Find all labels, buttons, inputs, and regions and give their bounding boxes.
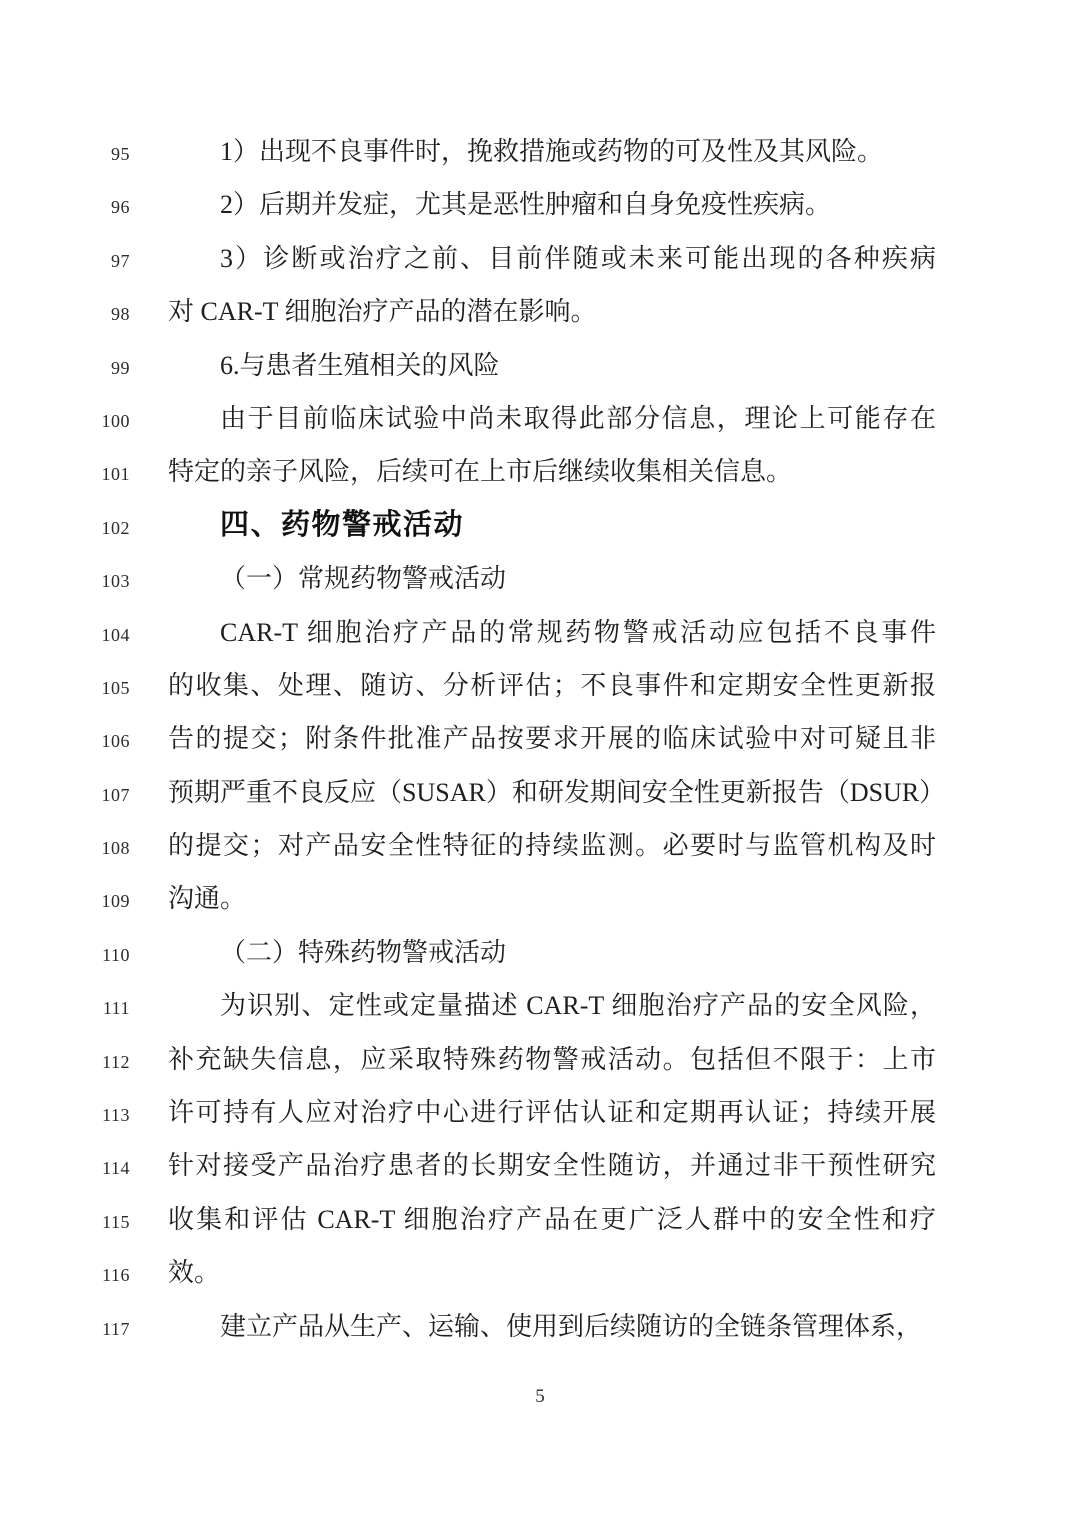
line-number: 101 bbox=[0, 448, 130, 501]
document-line: 97 3）诊断或治疗之前、目前伴随或未来可能出现的各种疾病 bbox=[0, 232, 1080, 285]
document-line: 95 1）出现不良事件时，挽救措施或药物的可及性及其风险。 bbox=[0, 125, 1080, 178]
document-line: 108 的提交；对产品安全性特征的持续监测。必要时与监管机构及时 bbox=[0, 819, 1080, 872]
document-line: 110 （二）特殊药物警戒活动 bbox=[0, 926, 1080, 979]
document-line: 98 对 CAR-T 细胞治疗产品的潜在影响。 bbox=[0, 285, 1080, 338]
line-text: CAR-T 细胞治疗产品的常规药物警戒活动应包括不良事件 bbox=[168, 606, 936, 659]
line-number: 103 bbox=[0, 555, 130, 608]
line-number: 113 bbox=[0, 1089, 130, 1142]
document-line: 100 由于目前临床试验中尚未取得此部分信息，理论上可能存在 bbox=[0, 392, 1080, 445]
line-text: 由于目前临床试验中尚未取得此部分信息，理论上可能存在 bbox=[168, 392, 936, 445]
line-text: 特定的亲子风险，后续可在上市后继续收集相关信息。 bbox=[168, 445, 936, 498]
line-text: 补充缺失信息，应采取特殊药物警戒活动。包括但不限于：上市 bbox=[168, 1033, 936, 1086]
line-number: 114 bbox=[0, 1142, 130, 1195]
line-number: 96 bbox=[0, 181, 130, 234]
page-number: 5 bbox=[0, 1386, 1080, 1408]
document-line: 115 收集和评估 CAR-T 细胞治疗产品在更广泛人群中的安全性和疗 bbox=[0, 1193, 1080, 1246]
line-text: 的收集、处理、随访、分析评估；不良事件和定期安全性更新报 bbox=[168, 659, 936, 712]
line-text: （二）特殊药物警戒活动 bbox=[168, 926, 936, 979]
line-text: 效。 bbox=[168, 1246, 936, 1299]
line-text: （一）常规药物警戒活动 bbox=[168, 552, 936, 605]
document-page: 95 1）出现不良事件时，挽救措施或药物的可及性及其风险。 96 2）后期并发症… bbox=[0, 0, 1080, 1527]
document-line: 107 预期严重不良反应（SUSAR）和研发期间安全性更新报告（DSUR） bbox=[0, 766, 1080, 819]
document-line: 117 建立产品从生产、运输、使用到后续随访的全链条管理体系， bbox=[0, 1300, 1080, 1353]
document-line: 104 CAR-T 细胞治疗产品的常规药物警戒活动应包括不良事件 bbox=[0, 606, 1080, 659]
document-line: 113 许可持有人应对治疗中心进行评估认证和定期再认证；持续开展 bbox=[0, 1086, 1080, 1139]
line-number: 99 bbox=[0, 342, 130, 395]
document-line: 111 为识别、定性或定量描述 CAR-T 细胞治疗产品的安全风险， bbox=[0, 979, 1080, 1032]
document-body: 95 1）出现不良事件时，挽救措施或药物的可及性及其风险。 96 2）后期并发症… bbox=[0, 125, 1080, 1353]
line-text: 预期严重不良反应（SUSAR）和研发期间安全性更新报告（DSUR） bbox=[168, 766, 936, 819]
line-number: 117 bbox=[0, 1303, 130, 1356]
line-number: 111 bbox=[0, 982, 130, 1035]
document-line: 102 四、药物警戒活动 bbox=[0, 499, 1080, 552]
document-line: 101 特定的亲子风险，后续可在上市后继续收集相关信息。 bbox=[0, 445, 1080, 498]
line-text: 四、药物警戒活动 bbox=[168, 499, 936, 552]
line-text: 的提交；对产品安全性特征的持续监测。必要时与监管机构及时 bbox=[168, 819, 936, 872]
document-line: 96 2）后期并发症，尤其是恶性肿瘤和自身免疫性疾病。 bbox=[0, 178, 1080, 231]
document-line: 112 补充缺失信息，应采取特殊药物警戒活动。包括但不限于：上市 bbox=[0, 1033, 1080, 1086]
line-number: 104 bbox=[0, 609, 130, 662]
line-text: 建立产品从生产、运输、使用到后续随访的全链条管理体系， bbox=[168, 1300, 936, 1353]
line-number: 109 bbox=[0, 875, 130, 928]
document-line: 103 （一）常规药物警戒活动 bbox=[0, 552, 1080, 605]
line-text: 6.与患者生殖相关的风险 bbox=[168, 339, 936, 392]
line-number: 106 bbox=[0, 715, 130, 768]
document-line: 105 的收集、处理、随访、分析评估；不良事件和定期安全性更新报 bbox=[0, 659, 1080, 712]
line-number: 105 bbox=[0, 662, 130, 715]
line-number: 102 bbox=[0, 502, 130, 555]
line-text: 沟通。 bbox=[168, 872, 936, 925]
line-text: 3）诊断或治疗之前、目前伴随或未来可能出现的各种疾病 bbox=[168, 232, 936, 285]
line-number: 100 bbox=[0, 395, 130, 448]
line-number: 116 bbox=[0, 1249, 130, 1302]
line-text: 2）后期并发症，尤其是恶性肿瘤和自身免疫性疾病。 bbox=[168, 178, 936, 231]
document-line: 116 效。 bbox=[0, 1246, 1080, 1299]
line-text: 告的提交；附条件批准产品按要求开展的临床试验中对可疑且非 bbox=[168, 712, 936, 765]
line-number: 98 bbox=[0, 288, 130, 341]
line-number: 107 bbox=[0, 769, 130, 822]
document-line: 114 针对接受产品治疗患者的长期安全性随访，并通过非干预性研究 bbox=[0, 1139, 1080, 1192]
line-number: 110 bbox=[0, 929, 130, 982]
line-text: 收集和评估 CAR-T 细胞治疗产品在更广泛人群中的安全性和疗 bbox=[168, 1193, 936, 1246]
line-text: 为识别、定性或定量描述 CAR-T 细胞治疗产品的安全风险， bbox=[168, 979, 936, 1032]
line-number: 95 bbox=[0, 128, 130, 181]
document-line: 109 沟通。 bbox=[0, 872, 1080, 925]
document-line: 106 告的提交；附条件批准产品按要求开展的临床试验中对可疑且非 bbox=[0, 712, 1080, 765]
document-line: 99 6.与患者生殖相关的风险 bbox=[0, 339, 1080, 392]
line-number: 108 bbox=[0, 822, 130, 875]
line-text: 对 CAR-T 细胞治疗产品的潜在影响。 bbox=[168, 285, 936, 338]
line-text: 1）出现不良事件时，挽救措施或药物的可及性及其风险。 bbox=[168, 125, 936, 178]
line-number: 115 bbox=[0, 1196, 130, 1249]
line-number: 97 bbox=[0, 235, 130, 288]
line-text: 许可持有人应对治疗中心进行评估认证和定期再认证；持续开展 bbox=[168, 1086, 936, 1139]
line-text: 针对接受产品治疗患者的长期安全性随访，并通过非干预性研究 bbox=[168, 1139, 936, 1192]
line-number: 112 bbox=[0, 1036, 130, 1089]
